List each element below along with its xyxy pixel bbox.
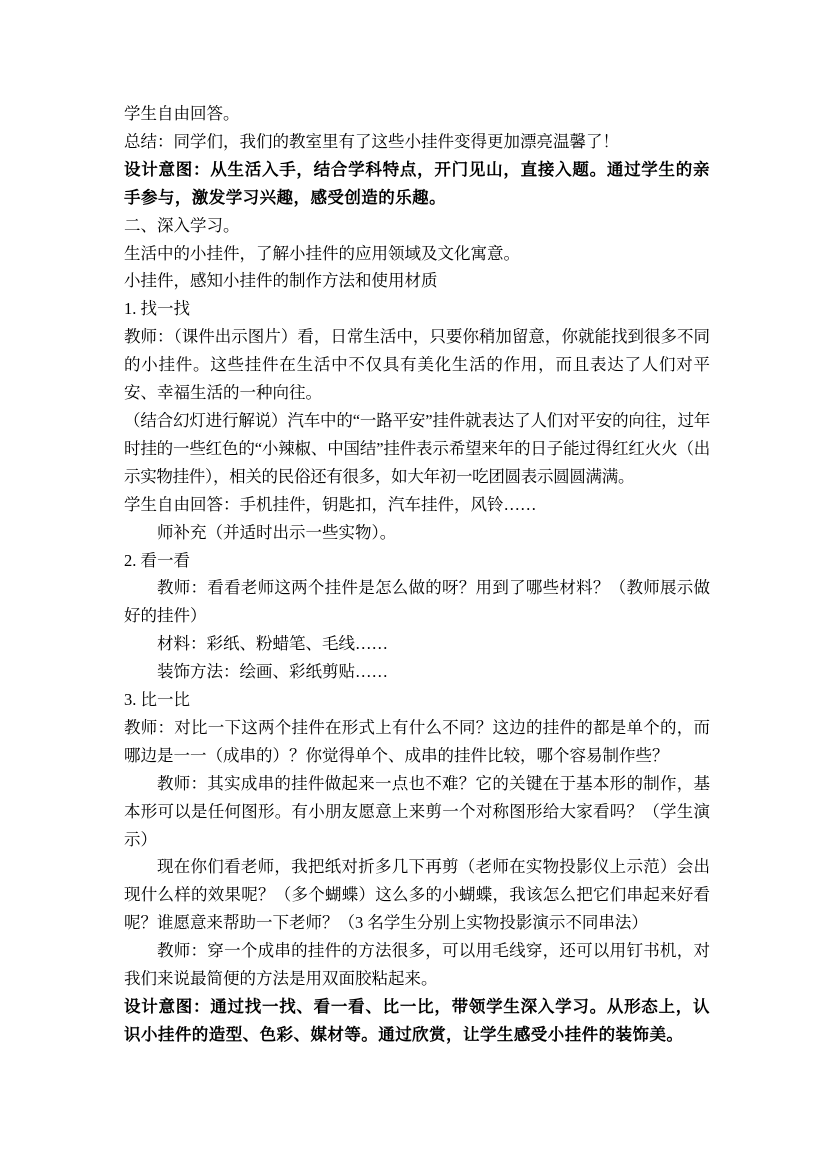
paragraph-17: 教师：对比一下这两个挂件在形式上有什么不同？这边的挂件的都是单个的，而哪边是一一… — [124, 714, 710, 770]
paragraph-6: 小挂件，感知小挂件的制作方法和使用材质 — [124, 267, 710, 295]
paragraph-13: 教师：看看老师这两个挂件是怎么做的呀？用到了哪些材料？（教师展示做好的挂件） — [124, 574, 710, 630]
section-heading-7: 1. 找一找 — [124, 295, 710, 323]
design-intent-paragraph-3: 设计意图：从生活入手，结合学科特点，开门见山，直接入题。通过学生的亲手参与，激发… — [124, 156, 710, 212]
section-heading-12: 2. 看一看 — [124, 547, 710, 575]
document-content: 学生自由回答。总结：同学们，我们的教室里有了这些小挂件变得更加漂亮温馨了！设计意… — [124, 100, 710, 1049]
paragraph-19: 现在你们看老师，我把纸对折多几下再剪（老师在实物投影仪上示范）会出现什么样的效果… — [124, 853, 710, 937]
paragraph-20: 教师：穿一个成串的挂件的方法很多，可以用毛线穿，还可以用钉书机，对我们来说最简便… — [124, 937, 710, 993]
paragraph-18: 教师：其实成串的挂件做起来一点也不难？它的关键在于基本形的制作，基本形可以是任何… — [124, 770, 710, 854]
paragraph-14: 材料：彩纸、粉蜡笔、毛线…… — [124, 630, 710, 658]
paragraph-1: 学生自由回答。 — [124, 100, 710, 128]
paragraph-10: 学生自由回答：手机挂件，钥匙扣，汽车挂件，风铃…… — [124, 491, 710, 519]
paragraph-5: 生活中的小挂件，了解小挂件的应用领域及文化寓意。 — [124, 240, 710, 268]
paragraph-9: （结合幻灯进行解说）汽车中的“一路平安”挂件就表达了人们对平安的向往，过年时挂的… — [124, 407, 710, 491]
paragraph-15: 装饰方法：绘画、彩纸剪贴…… — [124, 658, 710, 686]
paragraph-11: 师补充（并适时出示一些实物）。 — [124, 519, 710, 547]
section-heading-16: 3. 比一比 — [124, 686, 710, 714]
section-heading-4: 二、深入学习。 — [124, 212, 710, 240]
paragraph-8: 教师：（课件出示图片）看，日常生活中，只要你稍加留意，你就能找到很多不同的小挂件… — [124, 323, 710, 407]
paragraph-2: 总结：同学们，我们的教室里有了这些小挂件变得更加漂亮温馨了！ — [124, 128, 710, 156]
document-page: 学生自由回答。总结：同学们，我们的教室里有了这些小挂件变得更加漂亮温馨了！设计意… — [0, 0, 827, 1170]
design-intent-paragraph-21: 设计意图：通过找一找、看一看、比一比，带领学生深入学习。从形态上，认识小挂件的造… — [124, 993, 710, 1049]
